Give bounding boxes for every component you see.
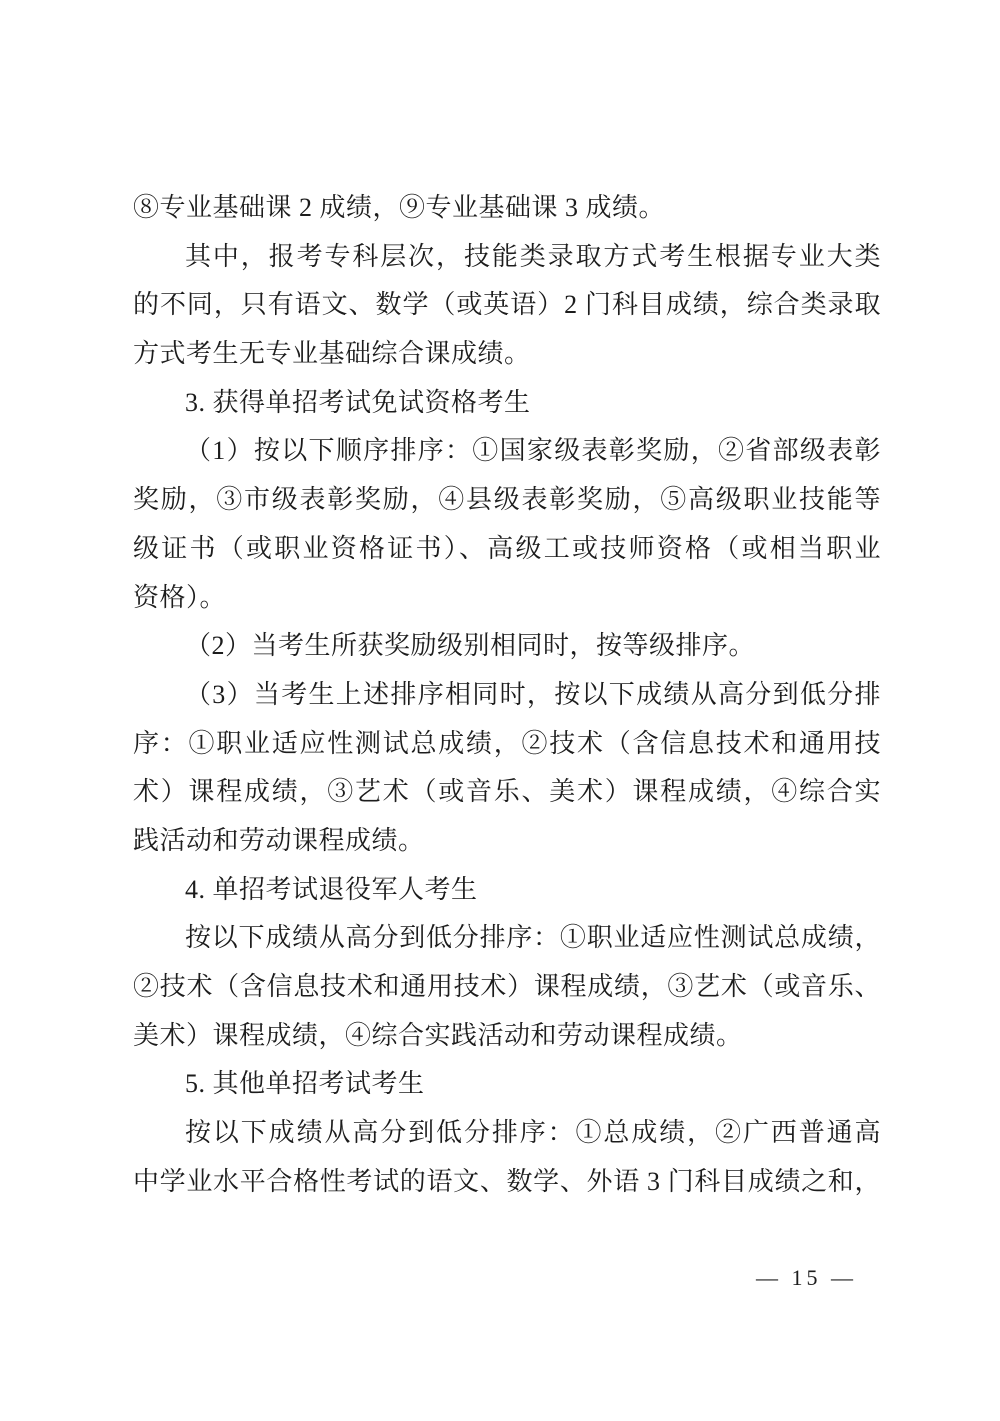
text-line: 奖励，③市级表彰奖励，④县级表彰奖励，⑤高级职业技能等 (133, 476, 881, 525)
section-heading-line: 5. 其他单招考试考生 (133, 1060, 881, 1109)
section-heading-line: 3. 获得单招考试免试资格考生 (133, 379, 881, 428)
document-text-block: ⑧专业基础课 2 成绩，⑨专业基础课 3 成绩。 其中，报考专科层次，技能类录取… (133, 184, 881, 1206)
text-line: 按以下成绩从高分到低分排序：①总成绩，②广西普通高 (133, 1109, 881, 1158)
page-number: — 15 — (756, 1262, 857, 1294)
text-line: （3）当考生上述排序相同时，按以下成绩从高分到低分排 (133, 671, 881, 720)
text-line: 中学业水平合格性考试的语文、数学、外语 3 门科目成绩之和， (133, 1158, 881, 1207)
text-line: 方式考生无专业基础综合课成绩。 (133, 330, 881, 379)
text-line: 术）课程成绩，③艺术（或音乐、美术）课程成绩，④综合实 (133, 768, 881, 817)
text-line: （2）当考生所获奖励级别相同时，按等级排序。 (133, 622, 881, 671)
text-line: 的不同，只有语文、数学（或英语）2 门科目成绩，综合类录取 (133, 281, 881, 330)
section-heading-line: 4. 单招考试退役军人考生 (133, 866, 881, 915)
text-line: 级证书（或职业资格证书）、高级工或技师资格（或相当职业 (133, 525, 881, 574)
text-line: 美术）课程成绩，④综合实践活动和劳动课程成绩。 (133, 1012, 881, 1061)
document-page: ⑧专业基础课 2 成绩，⑨专业基础课 3 成绩。 其中，报考专科层次，技能类录取… (0, 0, 1000, 1421)
text-line: 践活动和劳动课程成绩。 (133, 817, 881, 866)
text-line: 资格）。 (133, 574, 881, 623)
text-line: （1）按以下顺序排序：①国家级表彰奖励，②省部级表彰 (133, 427, 881, 476)
text-line: 按以下成绩从高分到低分排序：①职业适应性测试总成绩， (133, 914, 881, 963)
text-line: 其中，报考专科层次，技能类录取方式考生根据专业大类 (133, 233, 881, 282)
text-line: ⑧专业基础课 2 成绩，⑨专业基础课 3 成绩。 (133, 184, 881, 233)
text-line: 序：①职业适应性测试总成绩，②技术（含信息技术和通用技 (133, 720, 881, 769)
text-line: ②技术（含信息技术和通用技术）课程成绩，③艺术（或音乐、 (133, 963, 881, 1012)
